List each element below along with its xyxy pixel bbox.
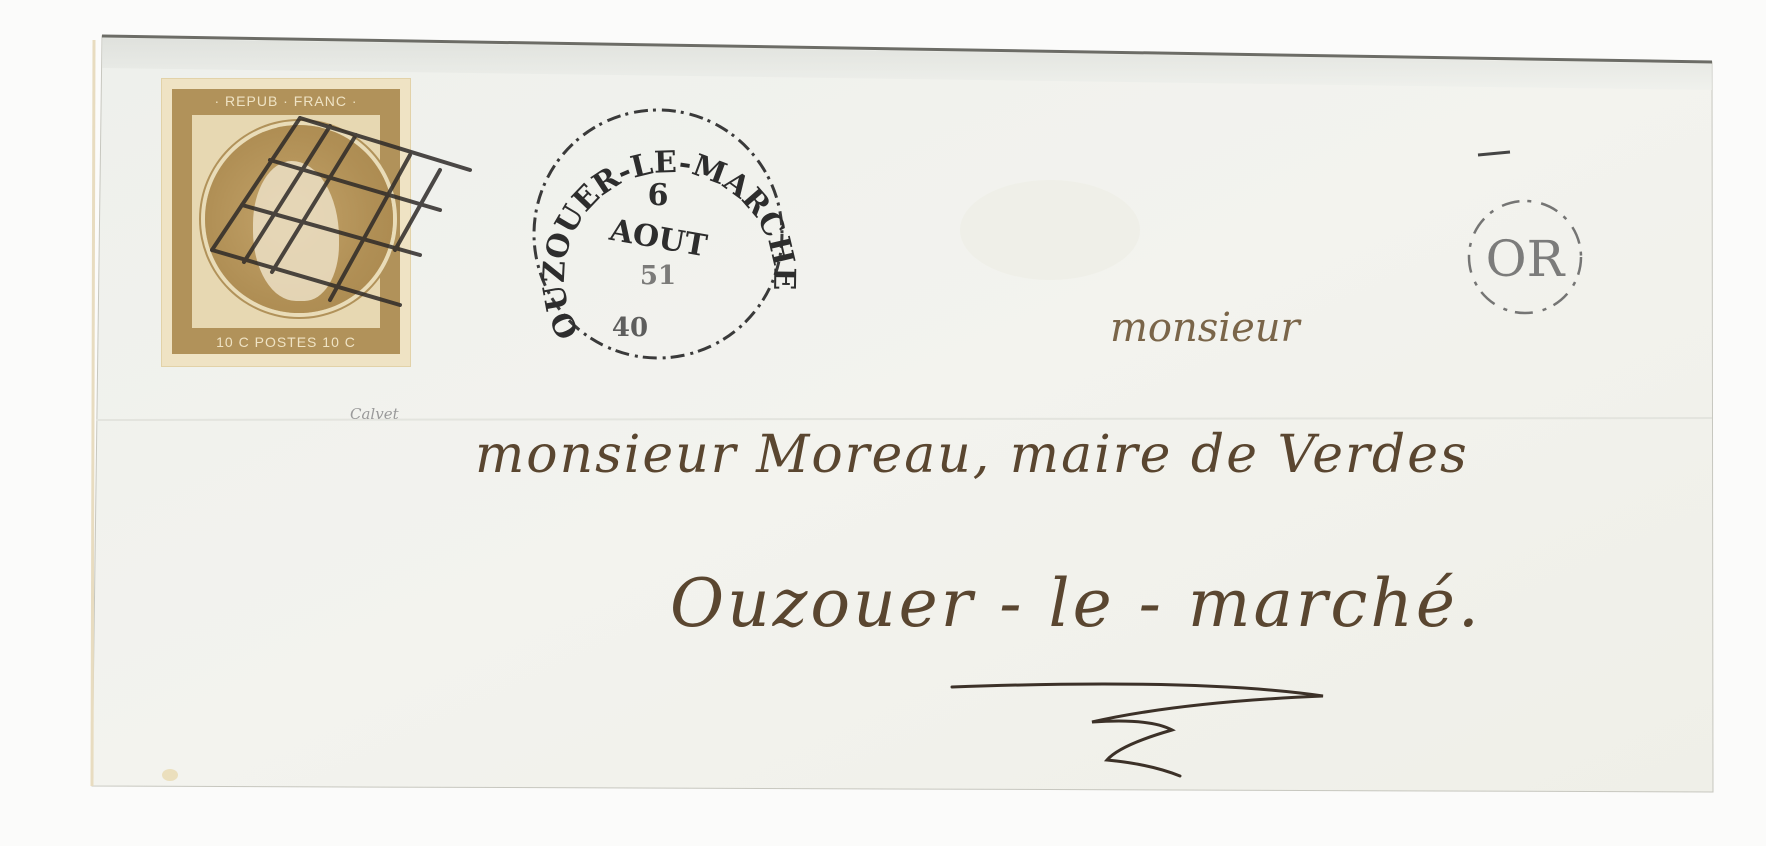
address-line-2: Ouzouer - le - marché. [670,565,1482,642]
stamp-inner [192,115,380,328]
stamp-frame: · REPUB · FRANC · 10 C POSTES 10 C [172,89,400,354]
stamp-medallion [205,125,393,313]
stamp-bottom-text: 10 C POSTES 10 C [172,334,400,350]
address-monsieur-top: monsieur [1110,305,1300,351]
pencil-note: Calvet [350,405,399,423]
letter-cover: · REPUB · FRANC · 10 C POSTES 10 C [0,0,1766,846]
address-line-1: monsieur Moreau, maire de Verdes [475,425,1469,485]
stamp-top-text: · REPUB · FRANC · [172,93,400,109]
ceres-stamp: · REPUB · FRANC · 10 C POSTES 10 C [162,79,410,366]
ceres-head [253,161,339,301]
